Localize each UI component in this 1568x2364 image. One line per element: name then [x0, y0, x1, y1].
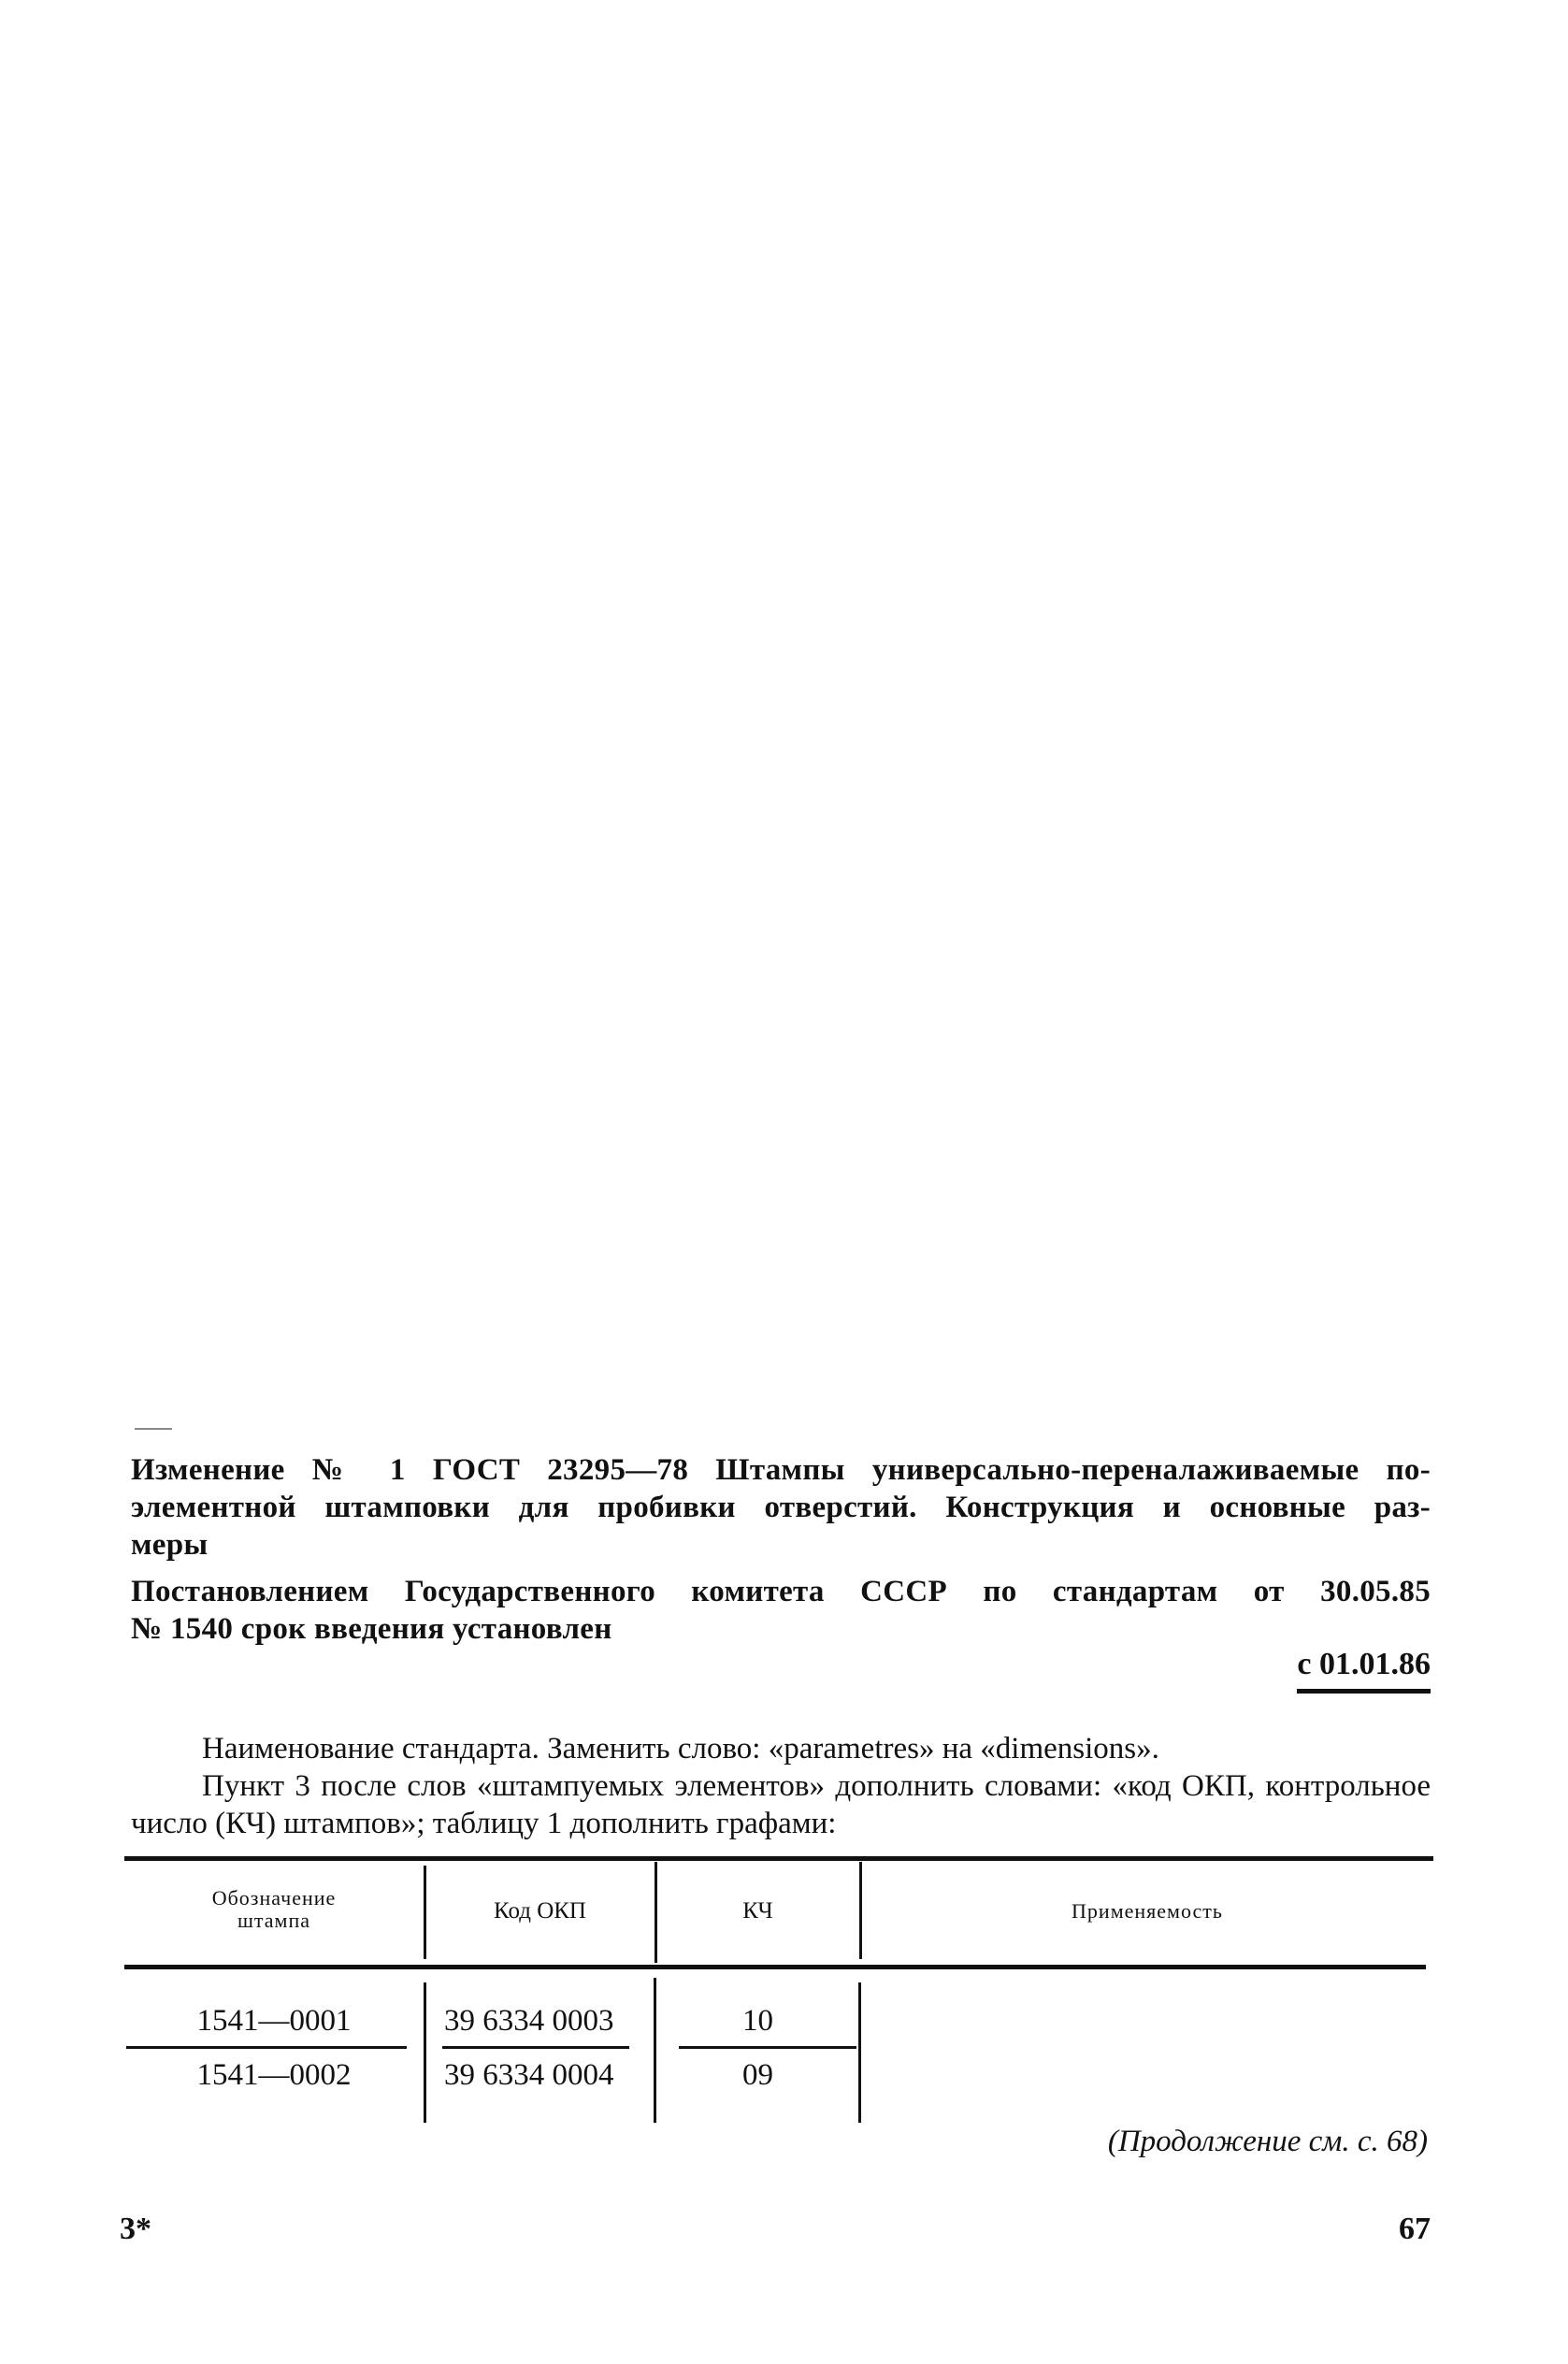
row-rule — [679, 2046, 856, 2049]
table-top-rule — [124, 1856, 1433, 1861]
paragraph-item-3: Пункт 3 после слов «штампуемых элементов… — [131, 1767, 1431, 1842]
header-line: штампа — [124, 1910, 424, 1932]
decree-line: № 1540 срок введения установлен — [131, 1610, 1431, 1648]
document-page: Изменение № 1 ГОСТ 23295—78 Штампы униве… — [0, 0, 1568, 2364]
title-line: элементной штамповки для пробивки отверс… — [131, 1489, 1431, 1526]
body-divider — [654, 1978, 656, 2123]
cell-okp-code: 39 6334 0003 — [444, 2004, 614, 2038]
cell-designation: 1541—0001 — [124, 2004, 424, 2038]
cell-kch: 10 — [656, 2004, 859, 2038]
decree-text: Постановлением Государственного комитета… — [131, 1573, 1431, 1648]
cell-designation: 1541—0002 — [124, 2058, 424, 2092]
body-divider — [424, 1982, 426, 2123]
signature-mark: 3* — [120, 2212, 151, 2247]
effective-date: с 01.01.86 — [1297, 1646, 1431, 1694]
decorative-dash — [135, 1428, 172, 1430]
title-line: Изменение № 1 ГОСТ 23295—78 Штампы униве… — [131, 1451, 1431, 1489]
paragraph-standard-name: Наименование стандарта. Заменить слово: … — [131, 1730, 1431, 1767]
amendment-title: Изменение № 1 ГОСТ 23295—78 Штампы униве… — [131, 1451, 1431, 1564]
cell-kch: 09 — [656, 2058, 859, 2092]
row-rule — [126, 2046, 407, 2049]
header-line: Обозначение — [124, 1887, 424, 1910]
page-number: 67 — [1399, 2212, 1431, 2247]
column-header-kch: КЧ — [656, 1898, 859, 1924]
table-header-rule — [124, 1965, 1426, 1969]
cell-okp-code: 39 6334 0004 — [444, 2058, 614, 2092]
continuation-note: (Продолжение см. с. 68) — [1108, 2123, 1428, 2160]
column-header-designation: Обозначение штампа — [124, 1887, 424, 1932]
decree-line: Постановлением Государственного комитета… — [131, 1573, 1431, 1610]
row-rule — [442, 2046, 629, 2049]
title-line: меры — [131, 1526, 1431, 1564]
column-header-applicability: Применяемость — [861, 1900, 1433, 1923]
column-header-okp-code: Код ОКП — [425, 1898, 655, 1924]
